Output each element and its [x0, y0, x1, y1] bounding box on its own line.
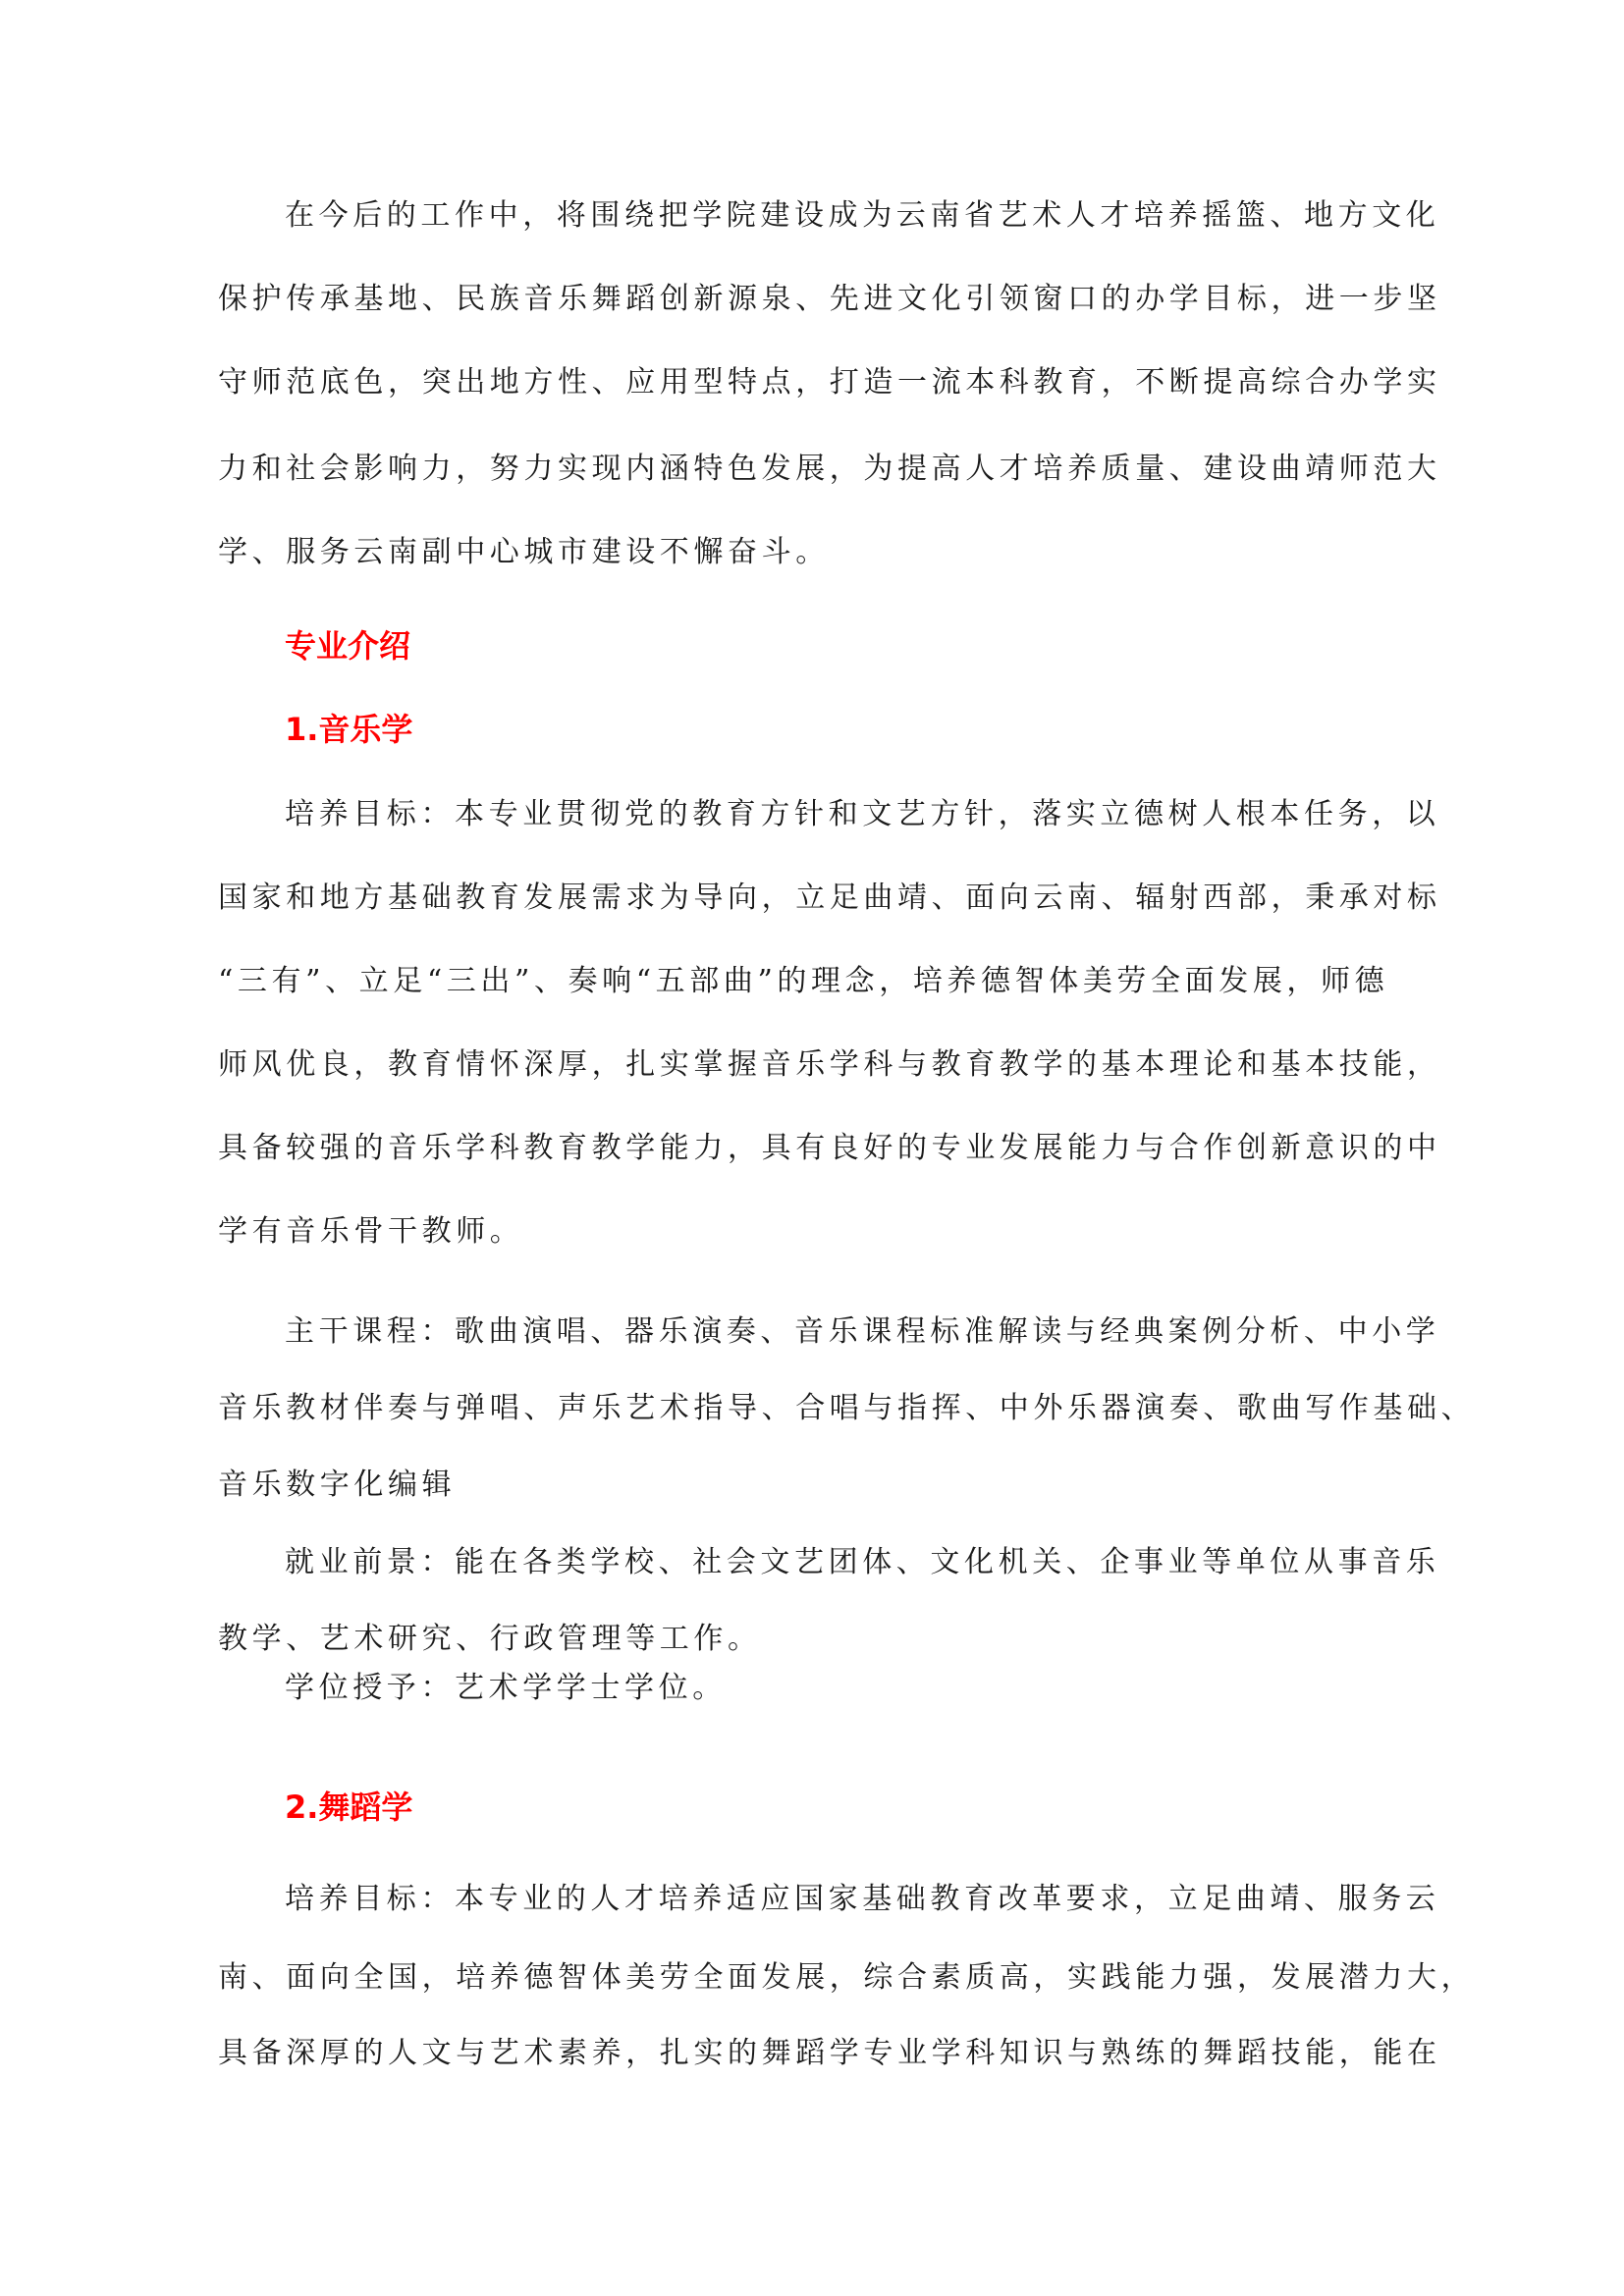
- goal-line: “三有”、立足“三出”、奏响“五部曲”的理念，培养德智体美劳全面发展，师德: [218, 964, 1388, 999]
- course-line: 主干课程：歌曲演唱、器乐演奏、音乐课程标准解读与经典案例分析、中小学: [285, 1314, 1439, 1350]
- course-line: 音乐数字化编辑: [218, 1468, 456, 1503]
- goal-line: 培养目标：本专业贯彻党的教育方针和文艺方针，落实立德树人根本任务，以: [285, 797, 1439, 832]
- course-line: 音乐教材伴奏与弹唱、声乐艺术指导、合唱与指挥、中外乐器演奏、歌曲写作基础、: [218, 1391, 1475, 1426]
- goal-line: 具备深厚的人文与艺术素养，扎实的舞蹈学专业学科知识与熟练的舞蹈技能，能在: [218, 2036, 1441, 2071]
- career-line: 就业前景：能在各类学校、社会文艺团体、文化机关、企事业等单位从事音乐: [285, 1545, 1439, 1580]
- career-line: 教学、艺术研究、行政管理等工作。: [218, 1622, 762, 1657]
- goal-line: 培养目标：本专业的人才培养适应国家基础教育改革要求，立足曲靖、服务云: [285, 1882, 1439, 1917]
- goal-line: 师风优良，教育情怀深厚，扎实掌握音乐学科与教育教学的基本理论和基本技能，: [218, 1047, 1441, 1083]
- goal-line: 学有音乐骨干教师。: [218, 1214, 523, 1250]
- goal-line: 国家和地方基础教育发展需求为导向，立足曲靖、面向云南、辐射西部，秉承对标: [218, 881, 1441, 916]
- intro-line: 守师范底色，突出地方性、应用型特点，打造一流本科教育，不断提高综合办学实: [218, 365, 1441, 400]
- intro-line: 学、服务云南副中心城市建设不懈奋斗。: [218, 535, 830, 570]
- intro-line: 力和社会影响力，努力实现内涵特色发展，为提高人才培养质量、建设曲靖师范大: [218, 452, 1441, 487]
- section-heading: 专业介绍: [285, 626, 410, 666]
- goal-line: 具备较强的音乐学科教育教学能力，具有良好的专业发展能力与合作创新意识的中: [218, 1131, 1441, 1166]
- intro-line: 在今后的工作中，将围绕把学院建设成为云南省艺术人才培养摇篮、地方文化: [285, 198, 1439, 234]
- degree-line: 学位授予：艺术学学士学位。: [285, 1671, 727, 1706]
- major-title: 1.音乐学: [285, 710, 412, 749]
- goal-line: 南、面向全国，培养德智体美劳全面发展，综合素质高，实践能力强，发展潜力大，: [218, 1960, 1475, 1996]
- intro-line: 保护传承基地、民族音乐舞蹈创新源泉、先进文化引领窗口的办学目标，进一步坚: [218, 282, 1441, 317]
- major-title: 2.舞蹈学: [285, 1788, 412, 1827]
